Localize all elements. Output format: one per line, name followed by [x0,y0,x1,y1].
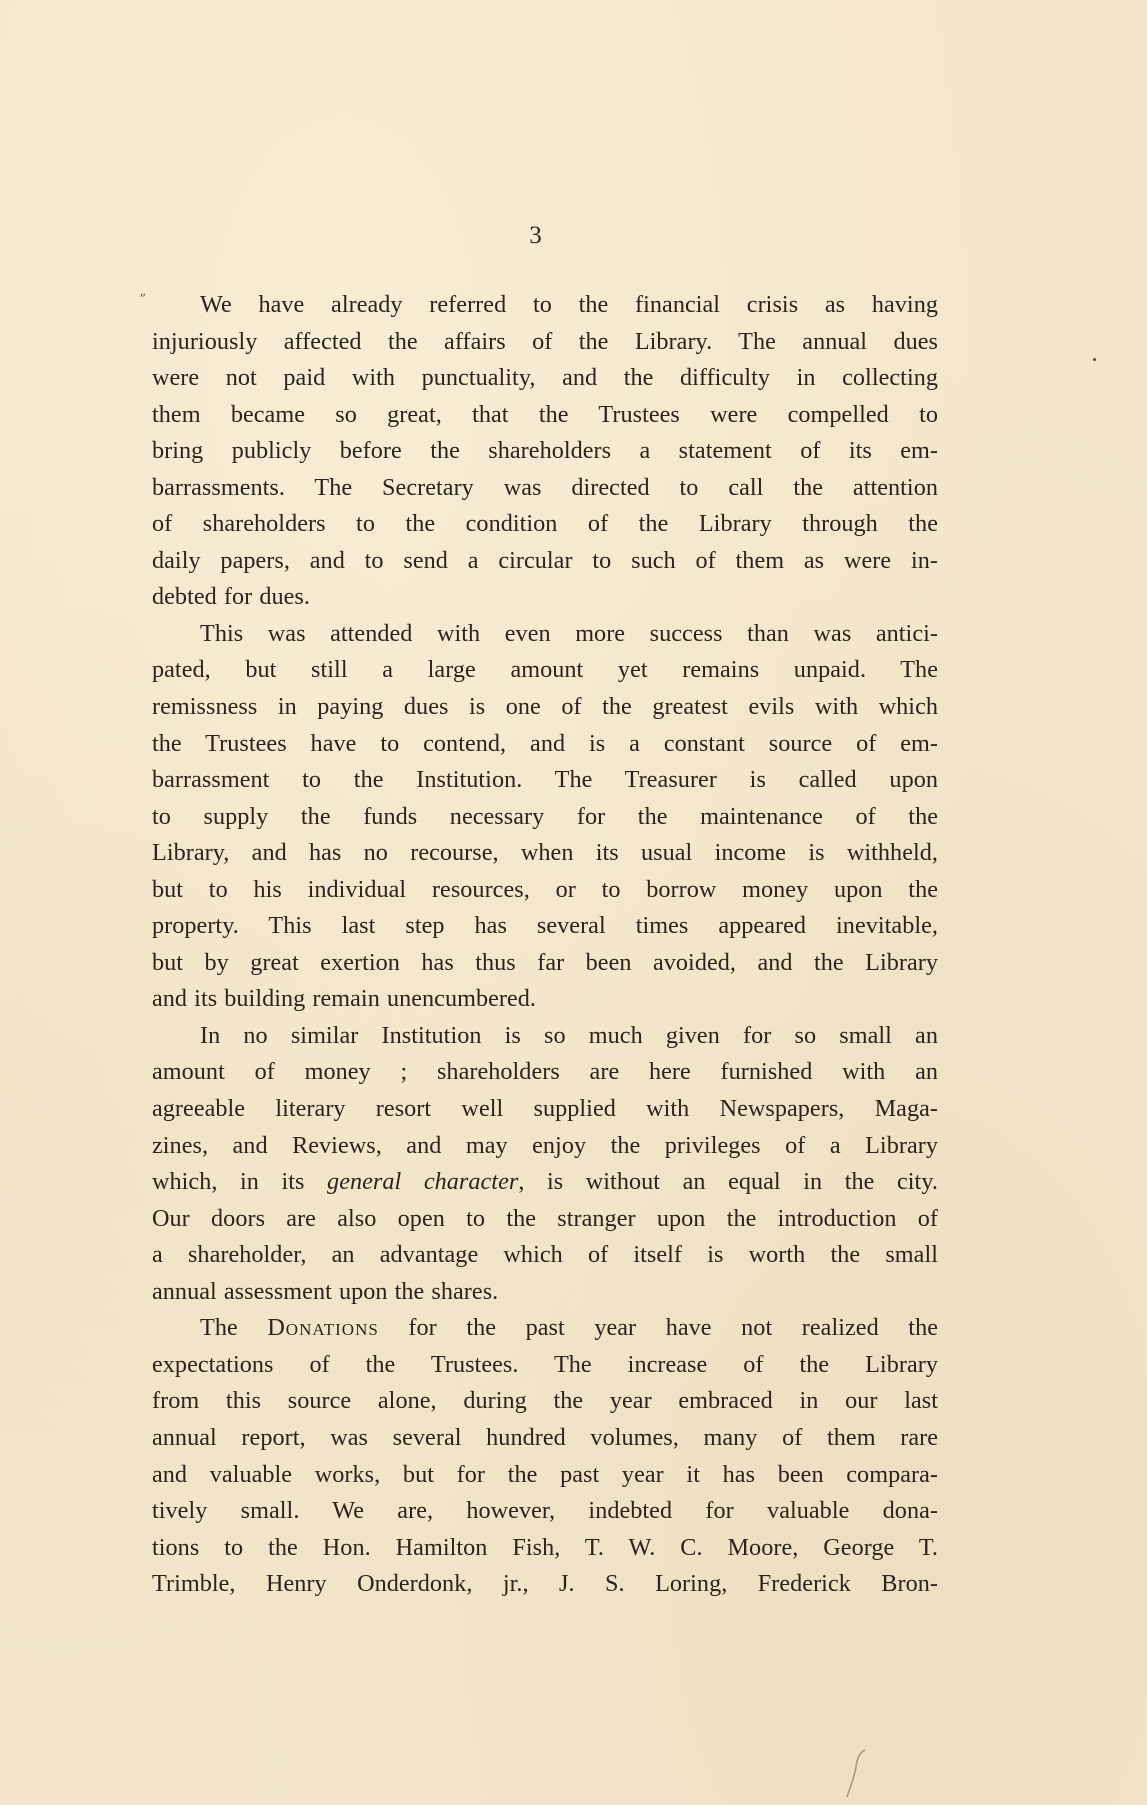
text-line: annual report, was several hundred volum… [152,1420,938,1457]
text-line: but to his individual resources, or to b… [152,872,938,909]
text-line: zines, and Reviews, and may enjoy the pr… [152,1128,938,1165]
text-line: This was attended with even more success… [152,616,938,653]
text-line: Our doors are also open to the stranger … [152,1201,938,1238]
text-line: remissness in paying dues is one of the … [152,689,938,726]
text-line: were not paid with punctuality, and the … [152,360,938,397]
text-line: In no similar Institution is so much giv… [152,1018,938,1055]
text-line: a shareholder, an advantage which of its… [152,1237,938,1274]
text-line: to supply the funds necessary for the ma… [152,799,938,836]
text-line: pated, but still a large amount yet rema… [152,652,938,689]
text-line: but by great exertion has thus far been … [152,945,938,982]
text-line: annual assessment upon the shares. [152,1274,938,1311]
text-line: from this source alone, during the year … [152,1383,938,1420]
pencil-mark-icon [845,1745,885,1805]
text-line: the Trustees have to contend, and is a c… [152,726,938,763]
paragraph-financial-crisis: We have already referred to the financia… [152,287,938,616]
text-line: injuriously affected the affairs of the … [152,324,938,361]
text-line: agreeable literary resort well supplied … [152,1091,938,1128]
smallcaps-heading-word: Donations [267,1314,378,1341]
text-line: Trimble, Henry Onderdonk, jr., J. S. Lor… [152,1566,938,1603]
paragraph-donations: The Donations for the past year have not… [152,1310,938,1602]
scanned-page: ʺ 3 We have already referred to the fina… [0,0,1147,1805]
italic-phrase: general character [327,1168,518,1195]
text-line-with-italic: which, in its general character, is with… [152,1164,938,1201]
text-line: expectations of the Trustees. The increa… [152,1347,938,1384]
text-run: The [200,1314,267,1341]
text-run: for the past year have not realized the [379,1314,938,1341]
text-line: bring publicly before the shareholders a… [152,433,938,470]
paragraph-unpaid-dues: This was attended with even more success… [152,616,938,1018]
text-line: debted for dues. [152,579,938,616]
text-line: daily papers, and to send a circular to … [152,543,938,580]
text-line: them became so great, that the Trustees … [152,397,938,434]
text-line: and its building remain unencumbered. [152,981,938,1018]
text-line-with-smallcaps: The Donations for the past year have not… [152,1310,938,1347]
text-line: barrassments. The Secretary was directed… [152,470,938,507]
text-line: Library, and has no recourse, when its u… [152,835,938,872]
text-line: barrassment to the Institution. The Trea… [152,762,938,799]
stray-ink-mark: ʺ [140,292,145,308]
text-line: tively small. We are, however, indebted … [152,1493,938,1530]
text-line: tions to the Hon. Hamilton Fish, T. W. C… [152,1530,938,1567]
text-run: , is without an equal in the city. [518,1168,938,1195]
text-line: amount of money ; shareholders are here … [152,1054,938,1091]
text-line: of shareholders to the condition of the … [152,506,938,543]
text-line: property. This last step has several tim… [152,908,938,945]
page-number: 3 [0,222,1147,250]
text-line: and valuable works, but for the past yea… [152,1457,938,1494]
paragraph-institution-value: In no similar Institution is so much giv… [152,1018,938,1310]
text-run: which, in its [152,1168,327,1195]
ink-speck [1093,358,1096,361]
text-line: We have already referred to the financia… [152,287,938,324]
body-text: We have already referred to the financia… [152,287,938,1603]
